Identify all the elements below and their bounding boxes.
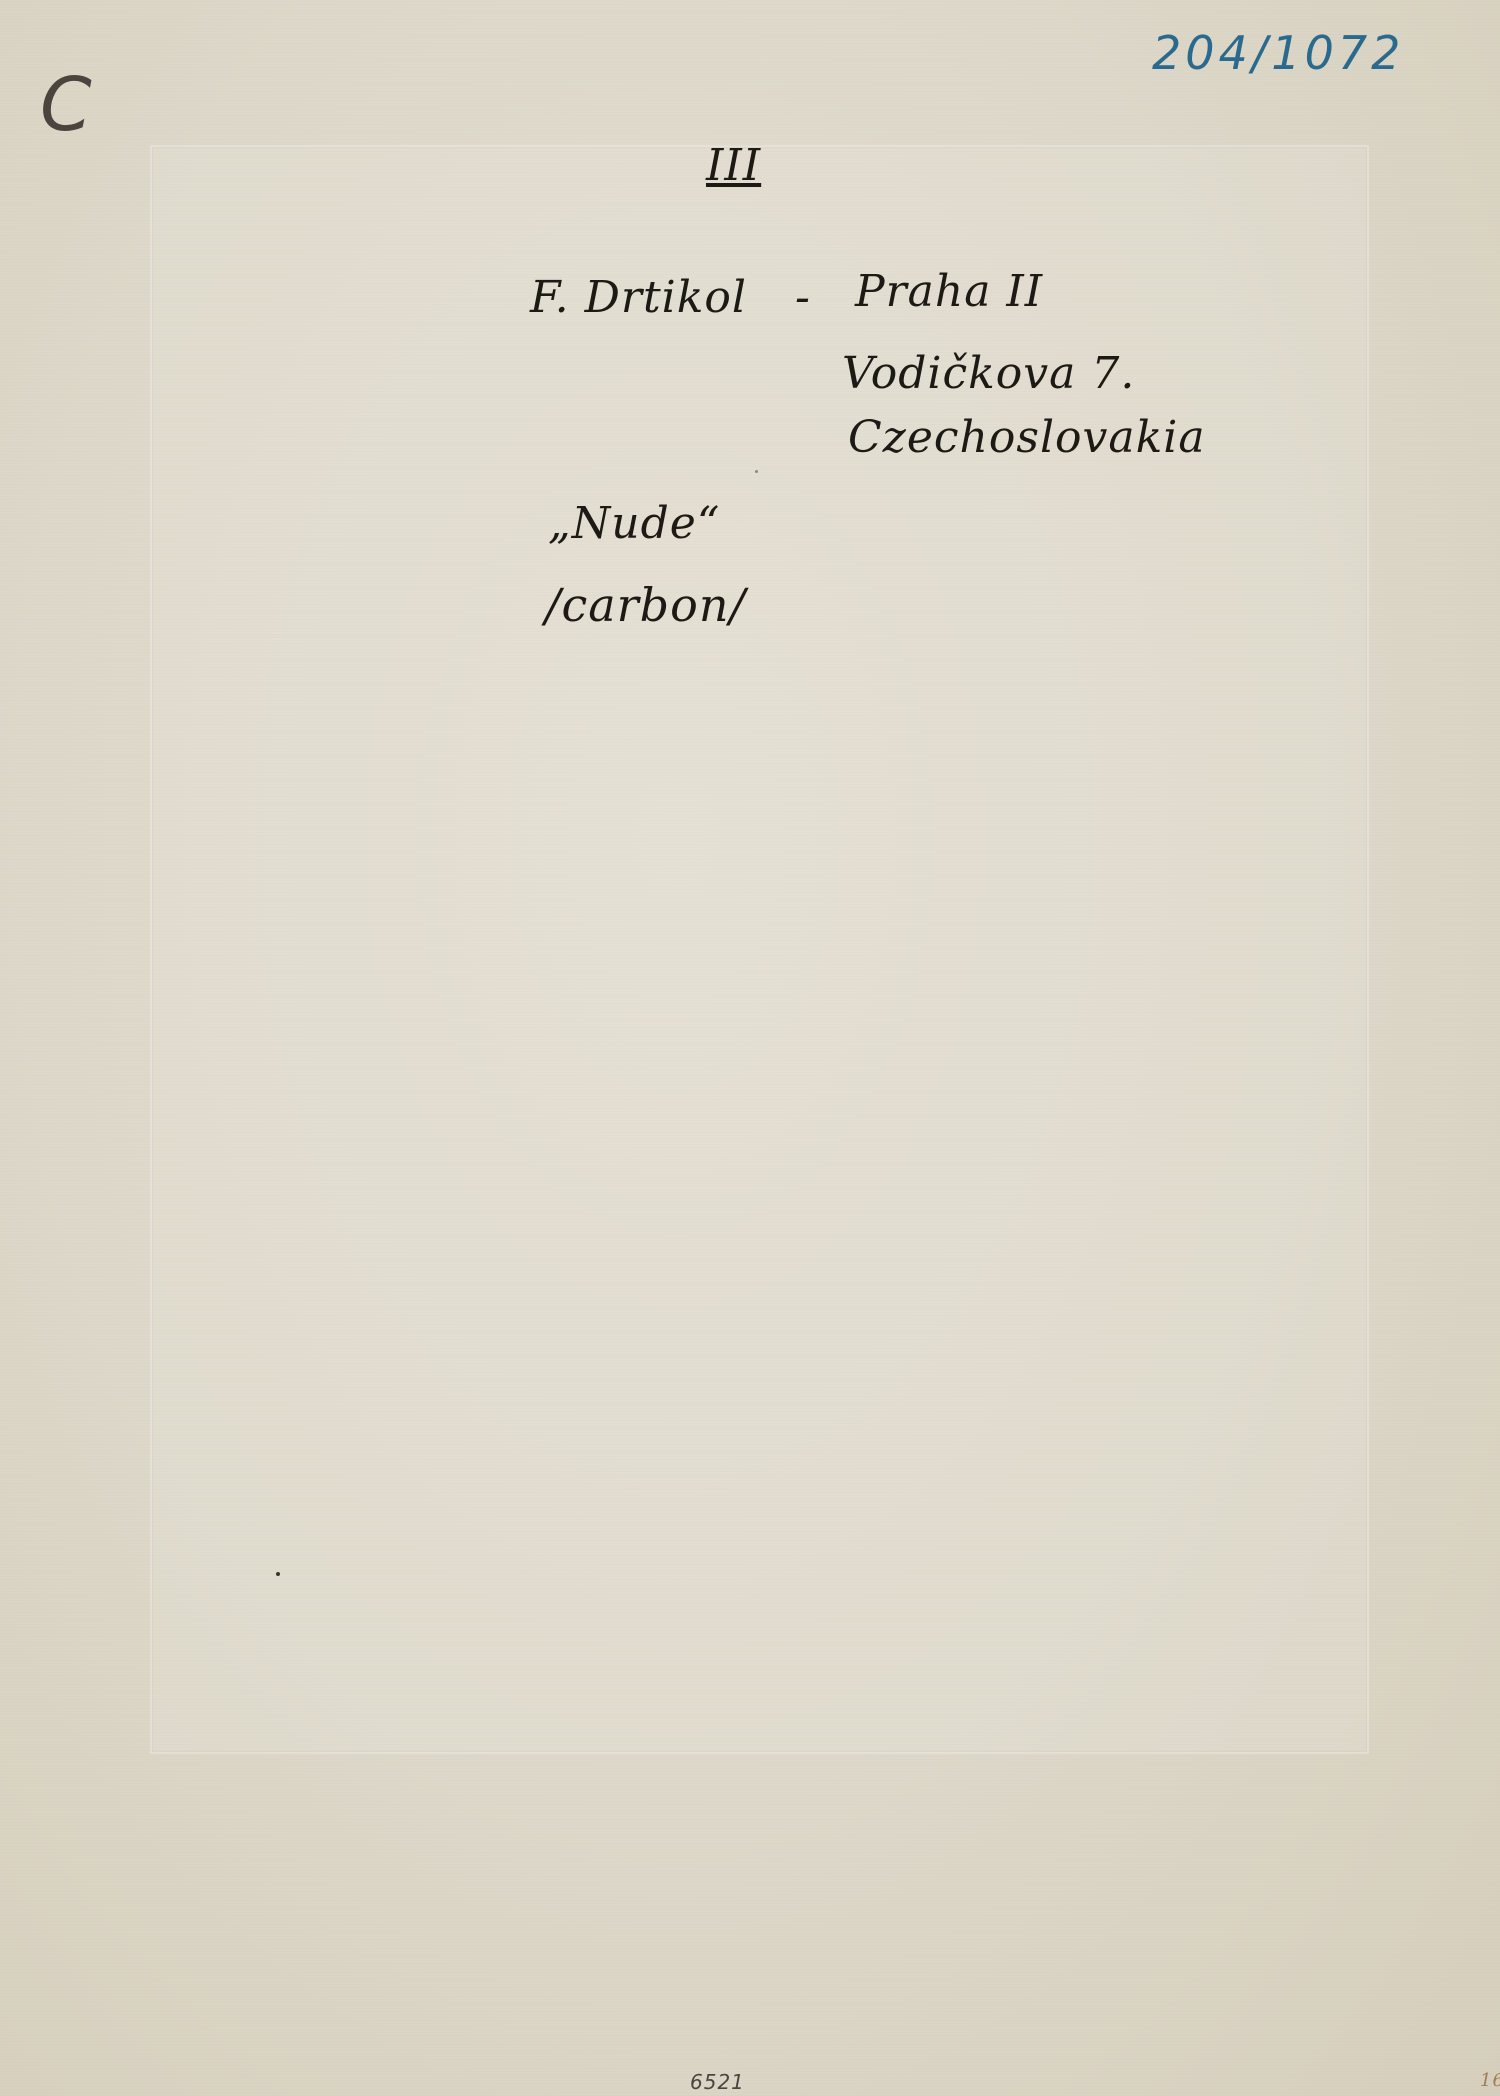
address-line-1: Praha II <box>855 266 1043 317</box>
roman-numeral: III <box>706 140 761 191</box>
inventory-number: 6521 <box>690 2070 745 2094</box>
medium-note: /carbon/ <box>545 578 746 632</box>
plate-mark <box>150 145 1369 1754</box>
mount-verso: C 204/1072 III F. Drtikol - Praha II Vod… <box>0 0 1500 2096</box>
work-title: „Nude“ <box>548 498 720 549</box>
photographer-name: F. Drtikol <box>530 272 747 323</box>
ink-speck <box>755 470 758 473</box>
reference-number: 204/1072 <box>1152 26 1404 80</box>
separator-dash: - <box>795 272 811 323</box>
corner-mark: C <box>40 62 93 148</box>
address-line-3: Czechoslovakia <box>848 412 1206 463</box>
address-line-2: Vodičkova 7. <box>842 348 1135 399</box>
edge-mark: 16 <box>1480 2070 1500 2091</box>
ink-speck <box>276 1572 280 1576</box>
